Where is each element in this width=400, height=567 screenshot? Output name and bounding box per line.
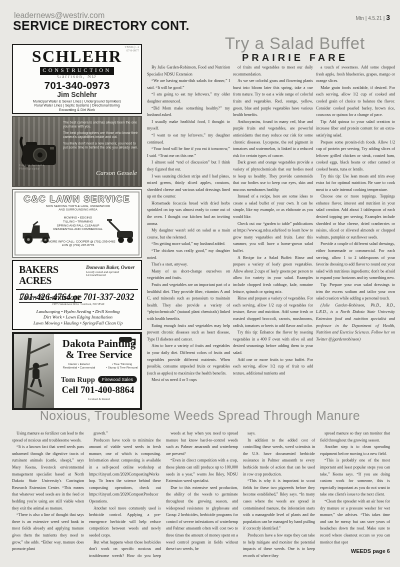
dakota-title: Dakota Painting & Tree Service	[56, 339, 142, 361]
edition-date: Mtn | 4.5.21 |	[356, 16, 385, 22]
schlehr-construction-bar: CONSTRUCTION	[40, 67, 114, 75]
schlehr-construction-ad: TBND (c. 4 07-8-0977 SCHLEHR CONSTRUCTIO…	[12, 44, 142, 114]
lawn-service-logo: C&C LAWN SERVICE	[13, 194, 141, 204]
firewood-sales-badge: Firewood Sales	[98, 376, 137, 383]
weeds-article-column-4: says.In addition to the added cost of co…	[243, 430, 315, 558]
salad-article-column-2: of fruits and vegetables to meet our dai…	[233, 64, 313, 405]
schlehr-phone: 701-340-0973	[13, 80, 141, 92]
divider	[16, 289, 138, 290]
weeds-article-column-1: Using manure as fertilizer can lead to t…	[12, 430, 84, 558]
tree-climber-photo	[14, 334, 54, 408]
schlehr-logo: SCHLEHR	[13, 47, 141, 67]
bakers-owner-block: Donovan Baker, Owner Locally owned and o…	[86, 266, 138, 284]
weeds-article-column-3: weeds at bay when you need to spread man…	[166, 430, 238, 558]
bakers-phone: 701-426-4764 or 701-337-2032	[13, 292, 141, 302]
dakota-phone: Cell 701-400-8864	[54, 386, 142, 396]
photographer-role: Photographer/ArtistGarrison, ND	[59, 172, 137, 185]
lawn-contact-info: FOR MORE INFO CALL: COOPER @ (701) 295-0…	[16, 240, 140, 254]
section-header: SERVICE DIRECTORY CONT.	[13, 19, 189, 33]
dakota-license: Licensed & Insured	[56, 398, 142, 404]
bakers-acres-name: BAKERS ACRES	[19, 265, 89, 287]
cc-lawn-service-ad: C&C LAWN SERVICE NOW SERVING TURTLE LAKE…	[12, 189, 142, 258]
salad-article-column-3: a touch of sweetness. Add some chopped f…	[316, 64, 395, 405]
page-number: 3	[386, 15, 390, 22]
weeds-article-headline: Noxious, Troublesome Weeds Spread Throug…	[10, 409, 390, 423]
weeds-continuation-marker: WEEDS page 6	[316, 549, 390, 555]
prairie-fare-kicker: PRAIRIE FARE	[195, 53, 395, 64]
photographer-ad: The best camera is and has always been t…	[12, 116, 142, 187]
salad-article-headline: Try a Salad Buffet	[195, 35, 395, 54]
schlehr-contact-name: Jim Schlehr	[13, 92, 141, 99]
bakers-acres-ad: BAKERS ACRES Lawn & Landscape Donovan Ba…	[12, 260, 142, 330]
weeds-article-column-5: spread manure so they can monitor that f…	[320, 430, 390, 548]
weeds-article-column-2: growth.”Producers have tools to minimize…	[89, 430, 161, 558]
dakota-painting-ad: Dakota Painting & Tree Service Interior …	[12, 332, 142, 410]
dakota-contact-row: Tom Rupp Firewood Sales	[56, 375, 142, 384]
salad-article-column-1: By Julie Garden-Robinson, Food and Nutri…	[147, 64, 230, 405]
schlehr-services: Municipal Water & Sewer Lines | Undergro…	[15, 100, 139, 114]
bakers-services: Landscaping • Hydro Seeding • Drill Seed…	[16, 309, 140, 330]
page-reference: Mtn | 4.5.21 | 3	[290, 15, 390, 22]
dakota-contact-name: Tom Rupp	[61, 375, 95, 384]
